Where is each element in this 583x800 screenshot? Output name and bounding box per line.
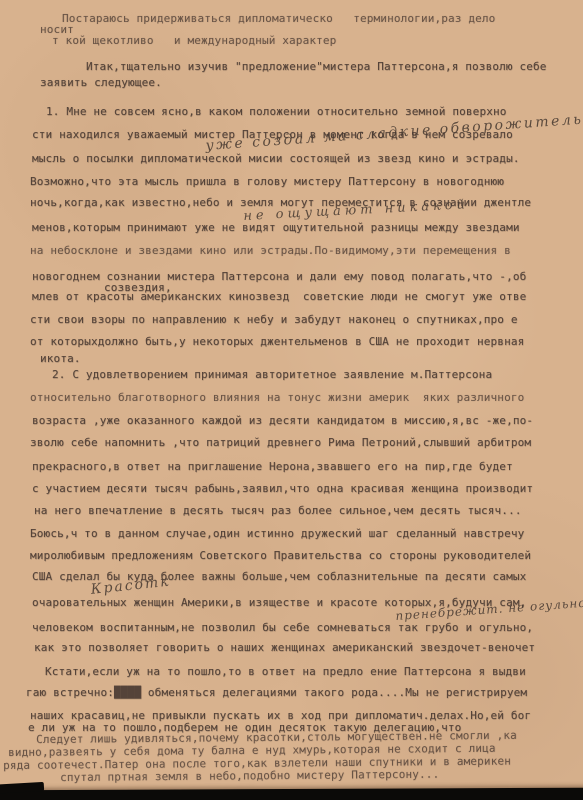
typed-line: на небосклоне и звездами кино или эстрад… (30, 244, 511, 257)
scanned-document: Постараюсь придерживаться дипломатическо… (0, 0, 583, 800)
typed-line: заявить следующее. (40, 76, 162, 89)
typed-line: Итак,тщательно изучив "предложение"мисте… (86, 60, 547, 73)
typed-line: как это позволяет говорить о наших женщи… (34, 641, 535, 654)
typed-line: млев от красоты американских кинозвезд с… (32, 290, 526, 303)
typed-line: спутал пртная земля в небо,подобно мисте… (60, 768, 439, 784)
typed-line: т кой щекотливо и международный характер (52, 34, 336, 47)
typed-line: Кстати,если уж на то пошло,то в ответ на… (45, 665, 526, 678)
typed-line: прекрасного,в ответ на приглашение Нерон… (32, 460, 513, 473)
typed-line: миролюбивым предложениям Советского Прав… (30, 549, 531, 562)
typed-line: менов,которым принимают уже не видят ощу… (32, 221, 520, 234)
typed-line: Постараюсь придерживаться дипломатическо… (62, 12, 495, 25)
typed-line: 2. С удовлетворением принимая авторитетн… (52, 368, 492, 381)
typed-line: гаю встречно:████ обменяться делегациями… (26, 686, 527, 699)
typed-line: Боюсь,ч то в данном случае,один истинно … (30, 527, 524, 540)
typed-line: мысль о посылки дипломатической мисии со… (32, 152, 520, 165)
typed-line: возраста ,уже оказанного каждой из десят… (32, 414, 533, 427)
typed-line: относительно благотворного влияния на то… (30, 391, 524, 404)
scan-edge-strip (0, 788, 583, 800)
typed-line: икота. (40, 352, 81, 365)
typed-line: с участием десяти тысяч рабынь,заявил,чт… (32, 482, 533, 495)
typed-line: сти свои взоры по направлению к небу и з… (30, 313, 518, 326)
typed-line: 1. Мне не совсем ясно,в каком положении … (46, 105, 507, 118)
typed-line: Возможно,что эта мысль пришла в голову м… (30, 175, 504, 188)
typed-line: человеком воспитанным,не позволил бы себ… (32, 621, 533, 634)
typed-line: от которыхдолжно быть,у некоторых дженте… (30, 335, 524, 348)
typed-line: зволю себе напомнить ,что патриций древн… (30, 436, 531, 449)
typed-line: на него впечатление в десять тысяч раз б… (34, 504, 522, 517)
